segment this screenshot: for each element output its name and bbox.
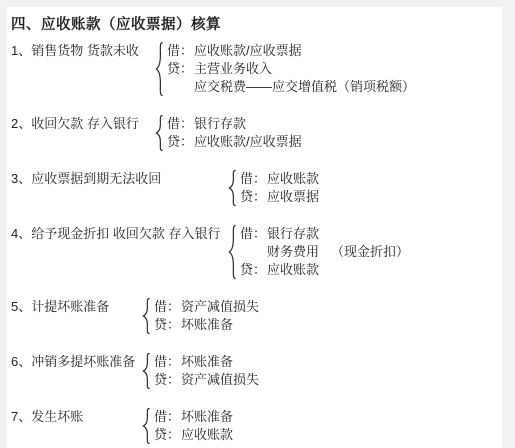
entry-line: 借：坏账准备 — [154, 353, 259, 371]
left-brace-icon — [228, 225, 237, 279]
entry-text: 银行存款 — [267, 226, 319, 241]
entry-text: 资产减值损失 — [181, 372, 259, 387]
entry-text: 财务费用 — [267, 244, 319, 259]
entry-text: 应交税费——应交增值税（销项税额） — [194, 79, 415, 94]
entry-prefix: 贷： — [167, 133, 194, 151]
entry-item-1: 1、销售货物 货款未收 借：应收账款/应收票据 贷：主营业务收入 应交税费——应… — [11, 42, 502, 96]
journal-entries: 借：应收账款/应收票据 贷：主营业务收入 应交税费——应交增值税（销项税额） — [164, 42, 415, 96]
journal-entries: 借：应收账款 贷：应收票据 — [237, 170, 319, 206]
entry-text: 资产减值损失 — [181, 299, 259, 314]
entry-line: 应交税费——应交增值税（销项税额） — [167, 78, 415, 96]
entry-item-7: 7、发生坏账 借：坏账准备 贷：应收账款 — [11, 408, 502, 444]
entry-item-6: 6、冲销多提坏账准备 借：坏账准备 贷：资产减值损失 — [11, 353, 502, 389]
journal-entries: 借：资产减值损失 贷：坏账准备 — [151, 298, 259, 334]
entry-line: 贷：应收账款 — [154, 426, 233, 444]
left-brace-icon — [142, 353, 151, 389]
entry-text: 应收账款 — [267, 262, 319, 277]
entry-prefix: 借： — [154, 353, 181, 371]
journal-entries: 借：银行存款 贷：应收账款/应收票据 — [164, 115, 302, 151]
entry-item-2: 2、收回欠款 存入银行 借：银行存款 贷：应收账款/应收票据 — [11, 115, 502, 151]
entry-prefix: 借： — [154, 408, 181, 426]
entry-line: 贷：应收账款/应收票据 — [167, 133, 302, 151]
entry-prefix: 借： — [167, 42, 194, 60]
entry-prefix: 贷： — [154, 371, 181, 389]
journal-entries: 借：银行存款 财务费用（现金折扣） 贷：应收账款 — [237, 225, 409, 279]
entry-item-4: 4、给予现金折扣 收回欠款 存入银行 借：银行存款 财务费用（现金折扣） 贷：应… — [11, 225, 502, 279]
page-background: { "colors": { "text": "#1f1f1f", "page_b… — [0, 0, 515, 448]
left-brace-icon — [155, 115, 164, 151]
entry-line: 贷：应收账款 — [240, 261, 409, 279]
entry-item-3: 3、应收票据到期无法收回 借：应收账款 贷：应收票据 — [11, 170, 502, 206]
left-brace-icon — [155, 42, 164, 96]
entry-line: 借：应收账款/应收票据 — [167, 42, 415, 60]
entry-item-5: 5、计提坏账准备 借：资产减值损失 贷：坏账准备 — [11, 298, 502, 334]
item-label: 3、应收票据到期无法收回 — [11, 170, 228, 188]
entry-line: 借：银行存款 — [240, 225, 409, 243]
page-title: 四、应收账款（应收票据）核算 — [11, 15, 502, 35]
entry-note: （现金折扣） — [331, 244, 409, 259]
entry-line: 贷：主营业务收入 — [167, 60, 415, 78]
entry-line: 贷：应收票据 — [240, 188, 319, 206]
entry-line: 借：应收账款 — [240, 170, 319, 188]
left-brace-icon — [142, 298, 151, 334]
item-label: 4、给予现金折扣 收回欠款 存入银行 — [11, 225, 228, 243]
entry-prefix: 借： — [154, 298, 181, 316]
entry-text: 坏账准备 — [181, 409, 233, 424]
left-brace-icon — [142, 408, 151, 444]
entry-prefix: 借： — [167, 115, 194, 133]
entry-text: 应收账款/应收票据 — [194, 134, 302, 149]
entry-prefix: 贷： — [240, 261, 267, 279]
item-label: 7、发生坏账 — [11, 408, 142, 426]
item-label: 6、冲销多提坏账准备 — [11, 353, 142, 371]
entry-text: 坏账准备 — [181, 317, 233, 332]
entry-text: 银行存款 — [194, 116, 246, 131]
entry-line: 财务费用（现金折扣） — [240, 243, 409, 261]
item-label: 5、计提坏账准备 — [11, 298, 142, 316]
entry-line: 贷：资产减值损失 — [154, 371, 259, 389]
entry-text: 应收账款 — [267, 171, 319, 186]
entry-text: 应收账款 — [181, 427, 233, 442]
entry-prefix: 借： — [240, 225, 267, 243]
entry-line: 贷：坏账准备 — [154, 316, 259, 334]
item-label: 1、销售货物 货款未收 — [11, 42, 155, 60]
entry-prefix: 借： — [240, 170, 267, 188]
entry-text: 应收账款/应收票据 — [194, 43, 302, 58]
entry-text: 主营业务收入 — [194, 61, 272, 76]
entry-text: 应收票据 — [267, 189, 319, 204]
journal-entries: 借：坏账准备 贷：应收账款 — [151, 408, 233, 444]
entry-prefix: 贷： — [167, 60, 194, 78]
entry-prefix: 贷： — [154, 426, 181, 444]
entry-text: 坏账准备 — [181, 354, 233, 369]
entry-prefix: 贷： — [240, 188, 267, 206]
item-label: 2、收回欠款 存入银行 — [11, 115, 155, 133]
entry-line: 借：银行存款 — [167, 115, 302, 133]
entry-prefix: 贷： — [154, 316, 181, 334]
content-panel: 四、应收账款（应收票据）核算 1、销售货物 货款未收 借：应收账款/应收票据 贷… — [7, 7, 502, 448]
journal-entries: 借：坏账准备 贷：资产减值损失 — [151, 353, 259, 389]
left-brace-icon — [228, 170, 237, 206]
entry-line: 借：资产减值损失 — [154, 298, 259, 316]
entry-line: 借：坏账准备 — [154, 408, 233, 426]
